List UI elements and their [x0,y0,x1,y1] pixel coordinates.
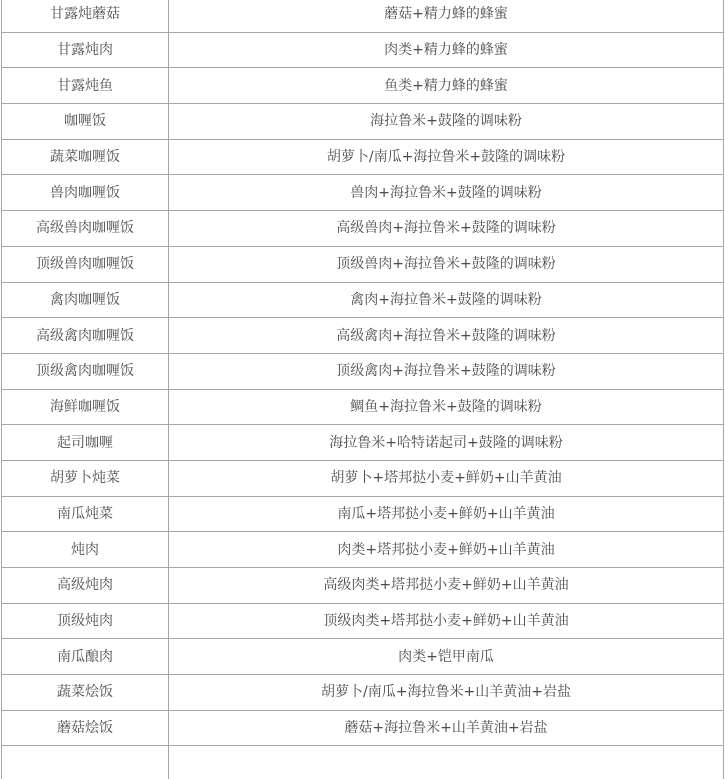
table-row: 甘露炖鱼 鱼类+精力蜂的蜂蜜 [2,68,724,104]
table-row: 胡萝卜炖菜 胡萝卜+塔邦挞小麦+鲜奶+山羊黄油 [2,460,724,496]
recipe-ingredients-cell: 高级禽肉+海拉鲁米+鼓隆的调味粉 [169,318,724,354]
table-row: 高级炖肉 高级肉类+塔邦挞小麦+鲜奶+山羊黄油 [2,568,724,604]
recipe-name-cell: 甘露炖蘑菇 [2,0,169,32]
recipe-ingredients-cell: 鱼类+精力蜂的蜂蜜 [169,68,724,104]
recipe-ingredients-cell: 蘑菇+精力蜂的蜂蜜 [169,0,724,32]
table-row: 甘露炖肉 肉类+精力蜂的蜂蜜 [2,32,724,68]
table-row: 顶级炖肉 顶级肉类+塔邦挞小麦+鲜奶+山羊黄油 [2,603,724,639]
table-row: 顶级兽肉咖喱饭 顶级兽肉+海拉鲁米+鼓隆的调味粉 [2,246,724,282]
recipe-ingredients-cell: 顶级兽肉+海拉鲁米+鼓隆的调味粉 [169,246,724,282]
recipe-ingredients-cell: 胡萝卜/南瓜+海拉鲁米+山羊黄油+岩盐 [169,675,724,711]
recipe-ingredients-cell: 南瓜+塔邦挞小麦+鲜奶+山羊黄油 [169,496,724,532]
recipe-ingredients-cell: 肉类+塔邦挞小麦+鲜奶+山羊黄油 [169,532,724,568]
recipe-name-cell [2,746,169,779]
recipe-ingredients-cell: 肉类+精力蜂的蜂蜜 [169,32,724,68]
recipe-name-cell: 蘑菇烩饭 [2,710,169,746]
recipe-name-cell: 高级禽肉咖喱饭 [2,318,169,354]
recipe-name-cell: 炖肉 [2,532,169,568]
recipe-ingredients-cell: 胡萝卜/南瓜+海拉鲁米+鼓隆的调味粉 [169,139,724,175]
recipe-ingredients-cell: 禽肉+海拉鲁米+鼓隆的调味粉 [169,282,724,318]
recipe-name-cell: 兽肉咖喱饭 [2,175,169,211]
table-row: 禽肉咖喱饭 禽肉+海拉鲁米+鼓隆的调味粉 [2,282,724,318]
recipe-name-cell: 高级兽肉咖喱饭 [2,211,169,247]
table-row [2,746,724,779]
recipe-name-cell: 胡萝卜炖菜 [2,460,169,496]
recipe-ingredients-cell: 兽肉+海拉鲁米+鼓隆的调味粉 [169,175,724,211]
table-row: 南瓜炖菜 南瓜+塔邦挞小麦+鲜奶+山羊黄油 [2,496,724,532]
recipe-table: 甘露炖蘑菇 蘑菇+精力蜂的蜂蜜 甘露炖肉 肉类+精力蜂的蜂蜜 甘露炖鱼 鱼类+精… [1,0,724,779]
recipe-ingredients-cell: 蘑菇+海拉鲁米+山羊黄油+岩盐 [169,710,724,746]
table-row: 炖肉 肉类+塔邦挞小麦+鲜奶+山羊黄油 [2,532,724,568]
page-viewport: 甘露炖蘑菇 蘑菇+精力蜂的蜂蜜 甘露炖肉 肉类+精力蜂的蜂蜜 甘露炖鱼 鱼类+精… [0,0,728,779]
table-row: 起司咖喱 海拉鲁米+哈特诺起司+鼓隆的调味粉 [2,425,724,461]
recipe-ingredients-cell: 高级肉类+塔邦挞小麦+鲜奶+山羊黄油 [169,568,724,604]
recipe-ingredients-cell: 鲷鱼+海拉鲁米+鼓隆的调味粉 [169,389,724,425]
table-row: 兽肉咖喱饭 兽肉+海拉鲁米+鼓隆的调味粉 [2,175,724,211]
recipe-name-cell: 海鲜咖喱饭 [2,389,169,425]
recipe-ingredients-cell [169,746,724,779]
table-row: 蔬菜烩饭 胡萝卜/南瓜+海拉鲁米+山羊黄油+岩盐 [2,675,724,711]
table-row: 高级兽肉咖喱饭 高级兽肉+海拉鲁米+鼓隆的调味粉 [2,211,724,247]
recipe-name-cell: 顶级禽肉咖喱饭 [2,353,169,389]
recipe-name-cell: 甘露炖肉 [2,32,169,68]
recipe-table-body: 甘露炖蘑菇 蘑菇+精力蜂的蜂蜜 甘露炖肉 肉类+精力蜂的蜂蜜 甘露炖鱼 鱼类+精… [2,0,724,779]
recipe-name-cell: 咖喱饭 [2,104,169,140]
recipe-ingredients-cell: 肉类+铠甲南瓜 [169,639,724,675]
recipe-ingredients-cell: 高级兽肉+海拉鲁米+鼓隆的调味粉 [169,211,724,247]
recipe-ingredients-cell: 顶级肉类+塔邦挞小麦+鲜奶+山羊黄油 [169,603,724,639]
recipe-name-cell: 甘露炖鱼 [2,68,169,104]
recipe-name-cell: 起司咖喱 [2,425,169,461]
recipe-ingredients-cell: 胡萝卜+塔邦挞小麦+鲜奶+山羊黄油 [169,460,724,496]
recipe-name-cell: 禽肉咖喱饭 [2,282,169,318]
recipe-name-cell: 南瓜酿肉 [2,639,169,675]
table-row: 高级禽肉咖喱饭 高级禽肉+海拉鲁米+鼓隆的调味粉 [2,318,724,354]
recipe-name-cell: 高级炖肉 [2,568,169,604]
recipe-name-cell: 顶级炖肉 [2,603,169,639]
table-row: 海鲜咖喱饭 鲷鱼+海拉鲁米+鼓隆的调味粉 [2,389,724,425]
table-row: 南瓜酿肉 肉类+铠甲南瓜 [2,639,724,675]
recipe-name-cell: 南瓜炖菜 [2,496,169,532]
recipe-ingredients-cell: 海拉鲁米+鼓隆的调味粉 [169,104,724,140]
recipe-name-cell: 蔬菜咖喱饭 [2,139,169,175]
table-row: 蔬菜咖喱饭 胡萝卜/南瓜+海拉鲁米+鼓隆的调味粉 [2,139,724,175]
table-row: 甘露炖蘑菇 蘑菇+精力蜂的蜂蜜 [2,0,724,32]
recipe-ingredients-cell: 海拉鲁米+哈特诺起司+鼓隆的调味粉 [169,425,724,461]
recipe-name-cell: 蔬菜烩饭 [2,675,169,711]
recipe-ingredients-cell: 顶级禽肉+海拉鲁米+鼓隆的调味粉 [169,353,724,389]
recipe-name-cell: 顶级兽肉咖喱饭 [2,246,169,282]
table-row: 咖喱饭 海拉鲁米+鼓隆的调味粉 [2,104,724,140]
table-row: 蘑菇烩饭 蘑菇+海拉鲁米+山羊黄油+岩盐 [2,710,724,746]
table-row: 顶级禽肉咖喱饭 顶级禽肉+海拉鲁米+鼓隆的调味粉 [2,353,724,389]
